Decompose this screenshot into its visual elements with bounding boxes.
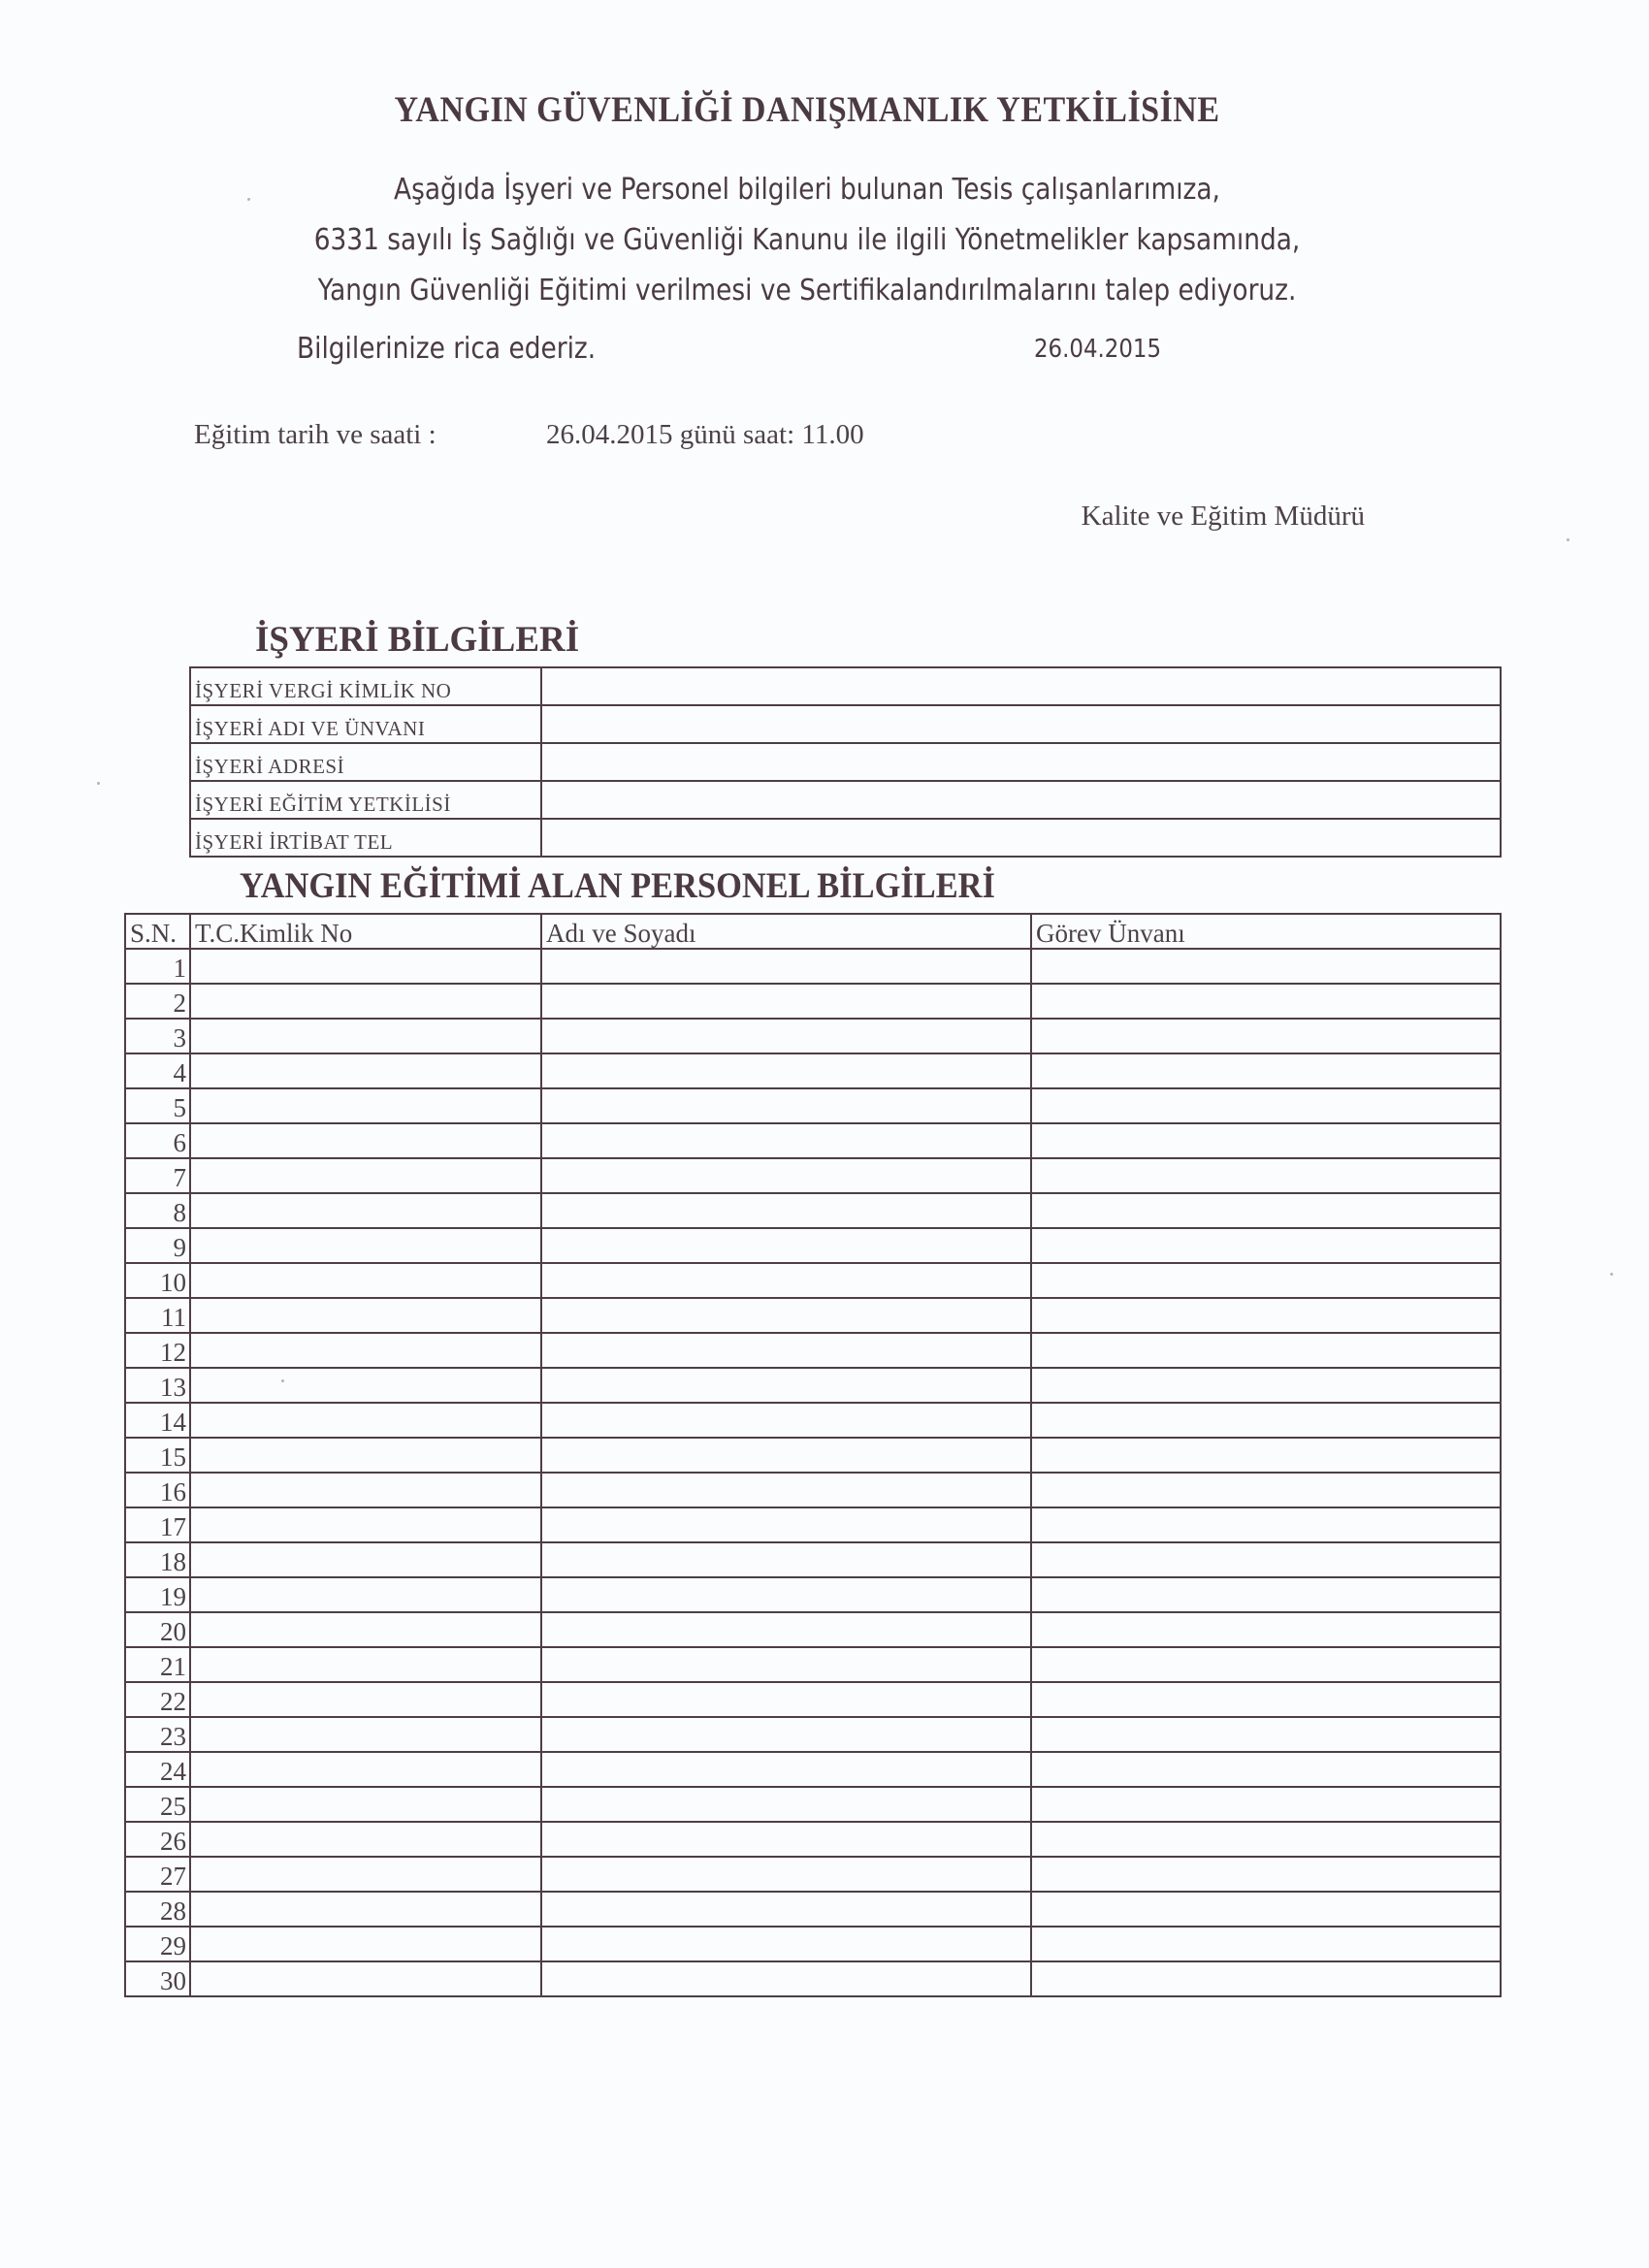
training-datetime-label: Eğitim tarih ve saati : bbox=[194, 419, 436, 451]
full-name-cell[interactable] bbox=[541, 1682, 1031, 1717]
job-title-cell[interactable] bbox=[1031, 1787, 1501, 1822]
job-title-cell[interactable] bbox=[1031, 1507, 1501, 1542]
tc-id-cell[interactable] bbox=[190, 949, 541, 984]
table-row: 8 bbox=[125, 1193, 1501, 1228]
job-title-cell[interactable] bbox=[1031, 1717, 1501, 1752]
row-number: 18 bbox=[125, 1542, 190, 1577]
table-row: 25 bbox=[125, 1787, 1501, 1822]
scan-speck bbox=[247, 198, 250, 201]
row-number: 20 bbox=[125, 1612, 190, 1647]
job-title-cell[interactable] bbox=[1031, 1228, 1501, 1263]
table-row: 17 bbox=[125, 1507, 1501, 1542]
full-name-cell[interactable] bbox=[541, 984, 1031, 1019]
scan-speck bbox=[1567, 538, 1569, 541]
training-datetime-value: 26.04.2015 günü saat: 11.00 bbox=[546, 419, 864, 451]
workplace-field-value[interactable] bbox=[541, 743, 1501, 781]
tc-id-cell[interactable] bbox=[190, 1787, 541, 1822]
tc-id-cell[interactable] bbox=[190, 1647, 541, 1682]
tc-id-cell[interactable] bbox=[190, 1927, 541, 1961]
tc-id-cell[interactable] bbox=[190, 1822, 541, 1857]
row-number: 3 bbox=[125, 1019, 190, 1053]
tc-id-cell[interactable] bbox=[190, 1333, 541, 1368]
full-name-cell[interactable] bbox=[541, 1822, 1031, 1857]
full-name-cell[interactable] bbox=[541, 1507, 1031, 1542]
table-row: 9 bbox=[125, 1228, 1501, 1263]
row-number: 28 bbox=[125, 1892, 190, 1927]
row-number: 1 bbox=[125, 949, 190, 984]
row-number: 6 bbox=[125, 1123, 190, 1158]
row-number: 23 bbox=[125, 1717, 190, 1752]
full-name-cell[interactable] bbox=[541, 1438, 1031, 1473]
row-number: 17 bbox=[125, 1507, 190, 1542]
full-name-cell[interactable] bbox=[541, 1961, 1031, 1996]
job-title-cell[interactable] bbox=[1031, 1612, 1501, 1647]
row-number: 13 bbox=[125, 1368, 190, 1403]
job-title-cell[interactable] bbox=[1031, 1473, 1501, 1507]
job-title-cell[interactable] bbox=[1031, 1088, 1501, 1123]
intro-line-3: Yangın Güvenliği Eğitimi verilmesi ve Se… bbox=[97, 274, 1517, 308]
document-title: YANGIN GÜVENLİĞİ DANIŞMANLIK YETKİLİSİNE bbox=[65, 89, 1550, 131]
job-title-cell[interactable] bbox=[1031, 1647, 1501, 1682]
tc-id-cell[interactable] bbox=[190, 1403, 541, 1438]
row-number: 12 bbox=[125, 1333, 190, 1368]
job-title-cell[interactable] bbox=[1031, 1577, 1501, 1612]
full-name-cell[interactable] bbox=[541, 1892, 1031, 1927]
tc-id-cell[interactable] bbox=[190, 1507, 541, 1542]
job-title-cell[interactable] bbox=[1031, 984, 1501, 1019]
row-number: 25 bbox=[125, 1787, 190, 1822]
tc-id-cell[interactable] bbox=[190, 1752, 541, 1787]
full-name-cell[interactable] bbox=[541, 1263, 1031, 1298]
intro-line-2: 6331 sayılı İş Sağlığı ve Güvenliği Kanu… bbox=[97, 223, 1517, 257]
intro-line-1: Aşağıda İşyeri ve Personel bilgileri bul… bbox=[97, 173, 1517, 207]
tc-id-cell[interactable] bbox=[190, 1368, 541, 1403]
tc-id-cell[interactable] bbox=[190, 1088, 541, 1123]
column-header-job-title: Görev Ünvanı bbox=[1031, 914, 1501, 949]
job-title-cell[interactable] bbox=[1031, 1927, 1501, 1961]
row-number: 14 bbox=[125, 1403, 190, 1438]
row-number: 11 bbox=[125, 1298, 190, 1333]
full-name-cell[interactable] bbox=[541, 949, 1031, 984]
table-row: 29 bbox=[125, 1927, 1501, 1961]
request-date: 26.04.2015 bbox=[1034, 335, 1161, 364]
tc-id-cell[interactable] bbox=[190, 1542, 541, 1577]
job-title-cell[interactable] bbox=[1031, 1263, 1501, 1298]
job-title-cell[interactable] bbox=[1031, 1019, 1501, 1053]
workplace-row: İŞYERİ İRTİBAT TEL bbox=[190, 819, 1501, 857]
column-header-full-name: Adı ve Soyadı bbox=[541, 914, 1031, 949]
workplace-row: İŞYERİ EĞİTİM YETKİLİSİ bbox=[190, 781, 1501, 819]
full-name-cell[interactable] bbox=[541, 1787, 1031, 1822]
table-row: 11 bbox=[125, 1298, 1501, 1333]
table-row: 27 bbox=[125, 1857, 1501, 1892]
tc-id-cell[interactable] bbox=[190, 1717, 541, 1752]
table-row: 4 bbox=[125, 1053, 1501, 1088]
full-name-cell[interactable] bbox=[541, 1612, 1031, 1647]
table-row: 1 bbox=[125, 949, 1501, 984]
row-number: 4 bbox=[125, 1053, 190, 1088]
full-name-cell[interactable] bbox=[541, 1158, 1031, 1193]
table-row: 13 bbox=[125, 1368, 1501, 1403]
tc-id-cell[interactable] bbox=[190, 1682, 541, 1717]
table-row: 30 bbox=[125, 1961, 1501, 1996]
tc-id-cell[interactable] bbox=[190, 1892, 541, 1927]
job-title-cell[interactable] bbox=[1031, 1158, 1501, 1193]
signatory-title: Kalite ve Eğitim Müdürü bbox=[1082, 501, 1365, 533]
workplace-field-value[interactable] bbox=[541, 819, 1501, 857]
job-title-cell[interactable] bbox=[1031, 1822, 1501, 1857]
job-title-cell[interactable] bbox=[1031, 1298, 1501, 1333]
table-row: 26 bbox=[125, 1822, 1501, 1857]
job-title-cell[interactable] bbox=[1031, 1123, 1501, 1158]
table-row: 5 bbox=[125, 1088, 1501, 1123]
tc-id-cell[interactable] bbox=[190, 1473, 541, 1507]
job-title-cell[interactable] bbox=[1031, 1961, 1501, 1996]
tc-id-cell[interactable] bbox=[190, 1123, 541, 1158]
full-name-cell[interactable] bbox=[541, 1473, 1031, 1507]
table-row: 16 bbox=[125, 1473, 1501, 1507]
tc-id-cell[interactable] bbox=[190, 1961, 541, 1996]
personnel-table: S.N. T.C.Kimlik No Adı ve Soyadı Görev Ü… bbox=[124, 913, 1502, 1997]
table-row: 22 bbox=[125, 1682, 1501, 1717]
tc-id-cell[interactable] bbox=[190, 984, 541, 1019]
workplace-field-value[interactable] bbox=[541, 667, 1501, 705]
workplace-section-heading: İŞYERİ BİLGİLERİ bbox=[255, 619, 579, 661]
full-name-cell[interactable] bbox=[541, 1577, 1031, 1612]
full-name-cell[interactable] bbox=[541, 1857, 1031, 1892]
tc-id-cell[interactable] bbox=[190, 1298, 541, 1333]
table-row: 23 bbox=[125, 1717, 1501, 1752]
job-title-cell[interactable] bbox=[1031, 1438, 1501, 1473]
personnel-section-heading: YANGIN EĞİTİMİ ALAN PERSONEL BİLGİLERİ bbox=[240, 865, 995, 907]
scan-speck bbox=[281, 1379, 284, 1382]
tc-id-cell[interactable] bbox=[190, 1019, 541, 1053]
row-number: 2 bbox=[125, 984, 190, 1019]
row-number: 24 bbox=[125, 1752, 190, 1787]
tc-id-cell[interactable] bbox=[190, 1438, 541, 1473]
tc-id-cell[interactable] bbox=[190, 1228, 541, 1263]
workplace-field-label: İŞYERİ ADRESİ bbox=[190, 743, 541, 781]
job-title-cell[interactable] bbox=[1031, 1053, 1501, 1088]
full-name-cell[interactable] bbox=[541, 1752, 1031, 1787]
tc-id-cell[interactable] bbox=[190, 1612, 541, 1647]
row-number: 19 bbox=[125, 1577, 190, 1612]
column-header-tc-id: T.C.Kimlik No bbox=[190, 914, 541, 949]
workplace-field-label: İŞYERİ ADI VE ÜNVANI bbox=[190, 705, 541, 743]
row-number: 21 bbox=[125, 1647, 190, 1682]
tc-id-cell[interactable] bbox=[190, 1857, 541, 1892]
full-name-cell[interactable] bbox=[541, 1123, 1031, 1158]
table-row: 19 bbox=[125, 1577, 1501, 1612]
table-row: 7 bbox=[125, 1158, 1501, 1193]
table-row: 20 bbox=[125, 1612, 1501, 1647]
table-row: 28 bbox=[125, 1892, 1501, 1927]
full-name-cell[interactable] bbox=[541, 1333, 1031, 1368]
tc-id-cell[interactable] bbox=[190, 1158, 541, 1193]
table-row: 6 bbox=[125, 1123, 1501, 1158]
table-row: 18 bbox=[125, 1542, 1501, 1577]
tc-id-cell[interactable] bbox=[190, 1193, 541, 1228]
job-title-cell[interactable] bbox=[1031, 1333, 1501, 1368]
row-number: 22 bbox=[125, 1682, 190, 1717]
row-number: 29 bbox=[125, 1927, 190, 1961]
tc-id-cell[interactable] bbox=[190, 1577, 541, 1612]
full-name-cell[interactable] bbox=[541, 1927, 1031, 1961]
job-title-cell[interactable] bbox=[1031, 949, 1501, 984]
workplace-field-value[interactable] bbox=[541, 781, 1501, 819]
table-row: 21 bbox=[125, 1647, 1501, 1682]
row-number: 15 bbox=[125, 1438, 190, 1473]
workplace-field-label: İŞYERİ VERGİ KİMLİK NO bbox=[190, 667, 541, 705]
table-row: 24 bbox=[125, 1752, 1501, 1787]
workplace-info-table: İŞYERİ VERGİ KİMLİK NOİŞYERİ ADI VE ÜNVA… bbox=[189, 666, 1502, 858]
scan-speck bbox=[97, 782, 100, 785]
full-name-cell[interactable] bbox=[541, 1298, 1031, 1333]
full-name-cell[interactable] bbox=[541, 1053, 1031, 1088]
tc-id-cell[interactable] bbox=[190, 1263, 541, 1298]
intro-closing: Bilgilerinize rica ederiz. bbox=[297, 332, 596, 366]
job-title-cell[interactable] bbox=[1031, 1682, 1501, 1717]
job-title-cell[interactable] bbox=[1031, 1403, 1501, 1438]
scan-speck bbox=[1610, 1273, 1613, 1276]
row-number: 27 bbox=[125, 1857, 190, 1892]
column-header-sn: S.N. bbox=[125, 914, 190, 949]
full-name-cell[interactable] bbox=[541, 1088, 1031, 1123]
table-row: 3 bbox=[125, 1019, 1501, 1053]
workplace-row: İŞYERİ ADI VE ÜNVANI bbox=[190, 705, 1501, 743]
job-title-cell[interactable] bbox=[1031, 1542, 1501, 1577]
table-row: 12 bbox=[125, 1333, 1501, 1368]
row-number: 5 bbox=[125, 1088, 190, 1123]
job-title-cell[interactable] bbox=[1031, 1752, 1501, 1787]
table-row: 15 bbox=[125, 1438, 1501, 1473]
row-number: 26 bbox=[125, 1822, 190, 1857]
job-title-cell[interactable] bbox=[1031, 1857, 1501, 1892]
full-name-cell[interactable] bbox=[541, 1019, 1031, 1053]
full-name-cell[interactable] bbox=[541, 1647, 1031, 1682]
job-title-cell[interactable] bbox=[1031, 1193, 1501, 1228]
row-number: 16 bbox=[125, 1473, 190, 1507]
tc-id-cell[interactable] bbox=[190, 1053, 541, 1088]
table-row: 10 bbox=[125, 1263, 1501, 1298]
full-name-cell[interactable] bbox=[541, 1717, 1031, 1752]
full-name-cell[interactable] bbox=[541, 1193, 1031, 1228]
workplace-row: İŞYERİ ADRESİ bbox=[190, 743, 1501, 781]
workplace-field-label: İŞYERİ İRTİBAT TEL bbox=[190, 819, 541, 857]
table-row: 2 bbox=[125, 984, 1501, 1019]
workplace-field-label: İŞYERİ EĞİTİM YETKİLİSİ bbox=[190, 781, 541, 819]
workplace-field-value[interactable] bbox=[541, 705, 1501, 743]
full-name-cell[interactable] bbox=[541, 1403, 1031, 1438]
workplace-row: İŞYERİ VERGİ KİMLİK NO bbox=[190, 667, 1501, 705]
row-number: 9 bbox=[125, 1228, 190, 1263]
table-row: 14 bbox=[125, 1403, 1501, 1438]
full-name-cell[interactable] bbox=[541, 1368, 1031, 1403]
personnel-header-row: S.N. T.C.Kimlik No Adı ve Soyadı Görev Ü… bbox=[125, 914, 1501, 949]
full-name-cell[interactable] bbox=[541, 1542, 1031, 1577]
row-number: 10 bbox=[125, 1263, 190, 1298]
job-title-cell[interactable] bbox=[1031, 1892, 1501, 1927]
job-title-cell[interactable] bbox=[1031, 1368, 1501, 1403]
row-number: 7 bbox=[125, 1158, 190, 1193]
row-number: 8 bbox=[125, 1193, 190, 1228]
row-number: 30 bbox=[125, 1961, 190, 1996]
full-name-cell[interactable] bbox=[541, 1228, 1031, 1263]
